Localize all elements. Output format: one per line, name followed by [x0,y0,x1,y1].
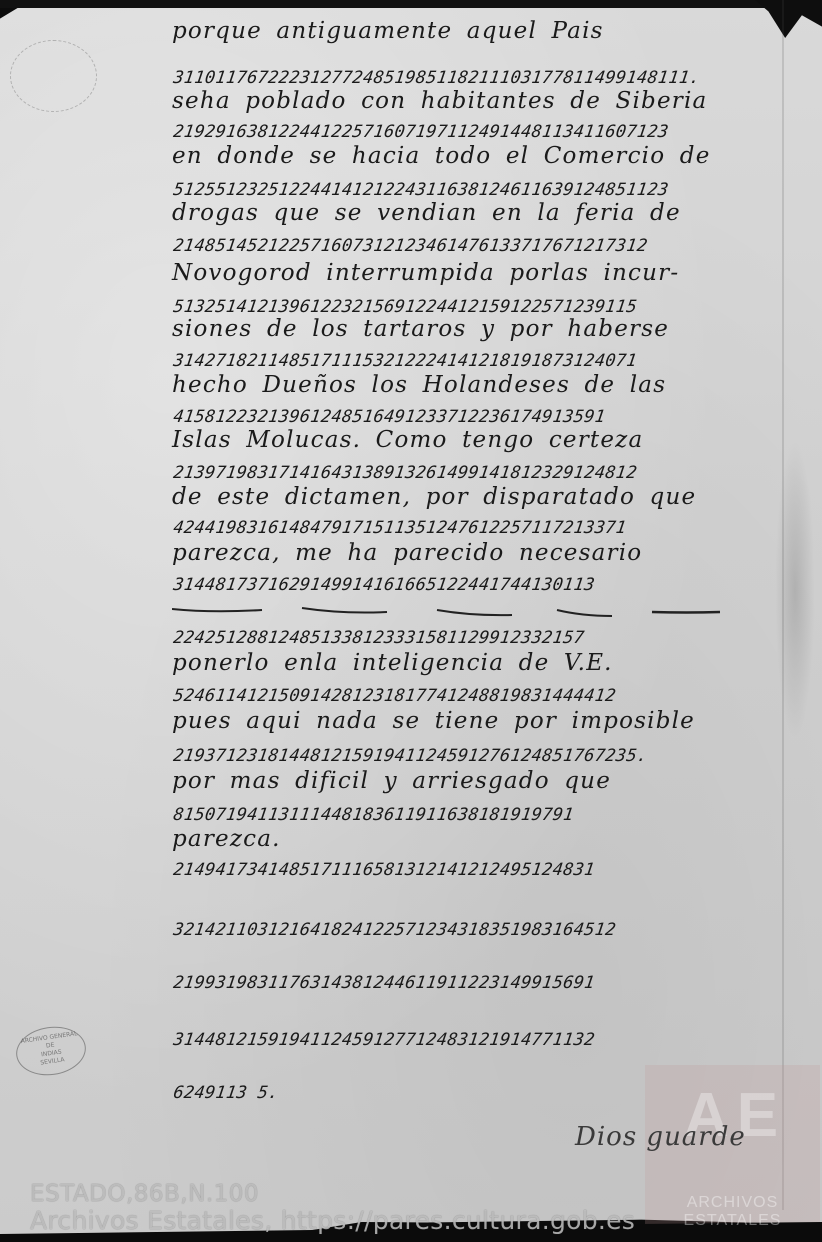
archive-reference-watermark: ESTADO,86B,N.100 [30,1181,259,1207]
cipher-line: 4244198316148479171511351247612257117213… [172,518,628,538]
torn-top-edge [0,0,822,8]
paper-stain [10,40,97,112]
plaintext-line: siones de los tartaros y por haberse [172,316,669,342]
paper-stain-right [775,440,815,740]
logo-text-line: ESTATALES [650,1212,815,1230]
plaintext-line: Novogorod interrumpida porlas incur- [172,260,679,286]
section-separator [172,604,772,618]
cipher-line: 3110117672223127724851985118211103177811… [172,68,702,88]
logo-text-line: ARCHIVOS [650,1194,815,1212]
plaintext-line: Islas Molucas. Como tengo certeza [172,427,643,453]
cipher-line: 4158122321396124851649123371223617491359… [172,407,607,427]
cipher-line: 5132514121396122321569122441215912257123… [172,297,638,317]
closing-salutation: Dios guarde [575,1122,746,1152]
cipher-line: 5246114121509142812318177412488198314444… [172,686,617,706]
cipher-line: 2149417341485171116581312141212495124831 [172,860,596,880]
plaintext-line: de este dictamen, por disparatado que [172,484,696,510]
cipher-line: 3144812159194112459127712483121914771132 [172,1030,596,1050]
plaintext-line: drogas que se vendian en la feria de [172,200,681,226]
cipher-line: 2199319831176314381244611911223149915691 [172,973,596,993]
cipher-line: 3144817371629149914161665122441744130113 [172,575,596,595]
archive-source-watermark: Archivos Estatales, https://pares.cultur… [30,1206,635,1235]
cipher-line: 3142718211485171115321222414121819187312… [172,351,638,371]
plaintext-line: hecho Dueños los Holandeses de las [172,372,666,398]
plaintext-line: parezca. [172,826,281,852]
cipher-line: 224251288124851338123331581129912332157 [172,628,586,648]
plaintext-line: en donde se hacia todo el Comercio de [172,143,711,169]
plaintext-line: porque antiguamente aquel Pais [172,18,604,44]
cipher-line: 81507194113111448183611911638181919791 [172,805,575,825]
plaintext-line: por mas dificil y arriesgado que [172,768,611,794]
plaintext-line: ponerlo enla inteligencia de V.E. [172,650,613,676]
plaintext-line: seha poblado con habitantes de Siberia [172,88,707,114]
cipher-line: 3214211031216418241225712343183519831645… [172,920,617,940]
cipher-line: 5125512325122441412122431163812461163912… [172,180,670,200]
cipher-line: 2139719831714164313891326149914181232912… [172,463,638,483]
cipher-line: 2192916381224412257160719711249144811341… [172,122,670,142]
cipher-line: 6249113 5. [172,1083,280,1103]
plaintext-line: parezca, me ha parecido necesario [172,540,642,566]
plaintext-line: pues aqui nada se tiene por imposible [172,708,695,734]
archive-logo-text: ARCHIVOS ESTATALES [650,1194,815,1230]
cipher-line: 2148514521225716073121234614761337176712… [172,236,649,256]
cipher-line: 2193712318144812159194112459127612485176… [172,746,649,766]
